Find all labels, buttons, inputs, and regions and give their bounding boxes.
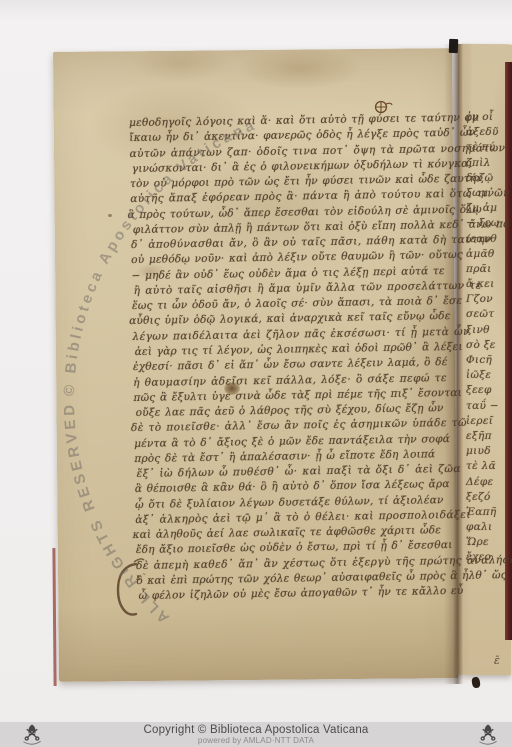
manuscript-text-fragment: Φιϲῆ: [466, 353, 512, 368]
footer-powered-by-text: powered by AMLAD·NTT DATA: [0, 736, 512, 745]
manuscript-text-fragment: − ξεω: [466, 216, 512, 231]
ink-blot-stain: [224, 382, 240, 395]
manuscript-text-fragment: Ἐαπῆ: [466, 505, 512, 520]
manuscript-text-fragment: Ὥρε: [466, 535, 512, 550]
manuscript-text-fragment: ἀμᾶθ: [466, 247, 512, 262]
manuscript-text-fragment: ἔχεο: [466, 550, 512, 565]
vatican-keys-emblem-icon: [476, 723, 500, 746]
binding-notch-top: [449, 39, 458, 53]
manuscript-text-fragment: Γζον: [466, 292, 512, 307]
greek-text-block: μεθοδηγοῖς λόγοις καὶ ἅ· καὶ ὅτι αὐτὸ τῇ…: [129, 111, 459, 604]
cover-edge-left-sliver: [52, 548, 56, 686]
manuscript-text-fragment: ξεζό: [466, 490, 512, 505]
manuscript-text-fragment: ξεεφ: [466, 383, 512, 398]
manuscript-text-fragment: ἀξεδῦ: [466, 125, 512, 140]
manuscript-text-fragment: ξινθ: [466, 323, 512, 338]
manuscript-text-fragment: δεζῷ: [466, 171, 512, 186]
manuscript-text-fragment: εξῆπ: [466, 429, 512, 444]
footer-copyright-text: Copyright © Biblioteca Apostolica Vatica…: [0, 724, 512, 736]
viewer-footer-bar: Copyright © Biblioteca Apostolica Vatica…: [0, 722, 512, 747]
manuscript-text-fragment: ἄ κει: [466, 277, 512, 292]
manuscript-text-fragment: πρᾶι: [466, 262, 512, 277]
marginal-flourish-mark: κ῀: [112, 556, 148, 622]
manuscript-text-fragment: Δέφε: [466, 475, 512, 490]
manuscript-text-fragment: ζμ ἀμ: [466, 201, 512, 216]
manuscript-text-fragment: φαλι: [466, 520, 512, 535]
facing-page-text-fragments: ἐν οἷἀξεδῦτὲ πύζπὶλδεζῷξωμ᾽ζμ ἀμ− ξεωιεα…: [466, 110, 512, 566]
digitized-manuscript-viewer: μεθοδηγοῖς λόγοις καὶ ἅ· καὶ ὅτι αὐτὸ τῇ…: [0, 0, 512, 747]
manuscript-text-fragment: ιεανθ: [466, 232, 512, 247]
binding-notch-bottom: [471, 676, 481, 688]
vatican-keys-emblem-icon: [20, 723, 44, 746]
manuscript-text-fragment: τὲ πύ: [466, 140, 512, 155]
manuscript-text-fragment: μιυδ: [466, 444, 512, 459]
manuscript-text-fragment: ἱερεῖ: [466, 414, 512, 429]
manuscript-text-fragment: σὸ ξε: [466, 338, 512, 353]
manuscript-text-fragment: ἐν οἷ: [466, 110, 512, 125]
quire-signature-mark: ε̄: [494, 654, 500, 667]
ink-speck: [108, 214, 112, 217]
manuscript-text-fragment: σεῶτ: [466, 307, 512, 322]
manuscript-text-fragment: ταΰ −: [466, 399, 512, 414]
manuscript-text-fragment: ζπὶλ: [466, 156, 512, 171]
svg-text:κ῀: κ῀: [135, 573, 146, 582]
manuscript-text-fragment: ἰῶξε: [466, 368, 512, 383]
manuscript-text-fragment: ξωμ᾽: [466, 186, 512, 201]
scribal-ornament-icon: [370, 97, 394, 117]
manuscript-text-fragment: τὲ λᾶ: [466, 459, 512, 474]
